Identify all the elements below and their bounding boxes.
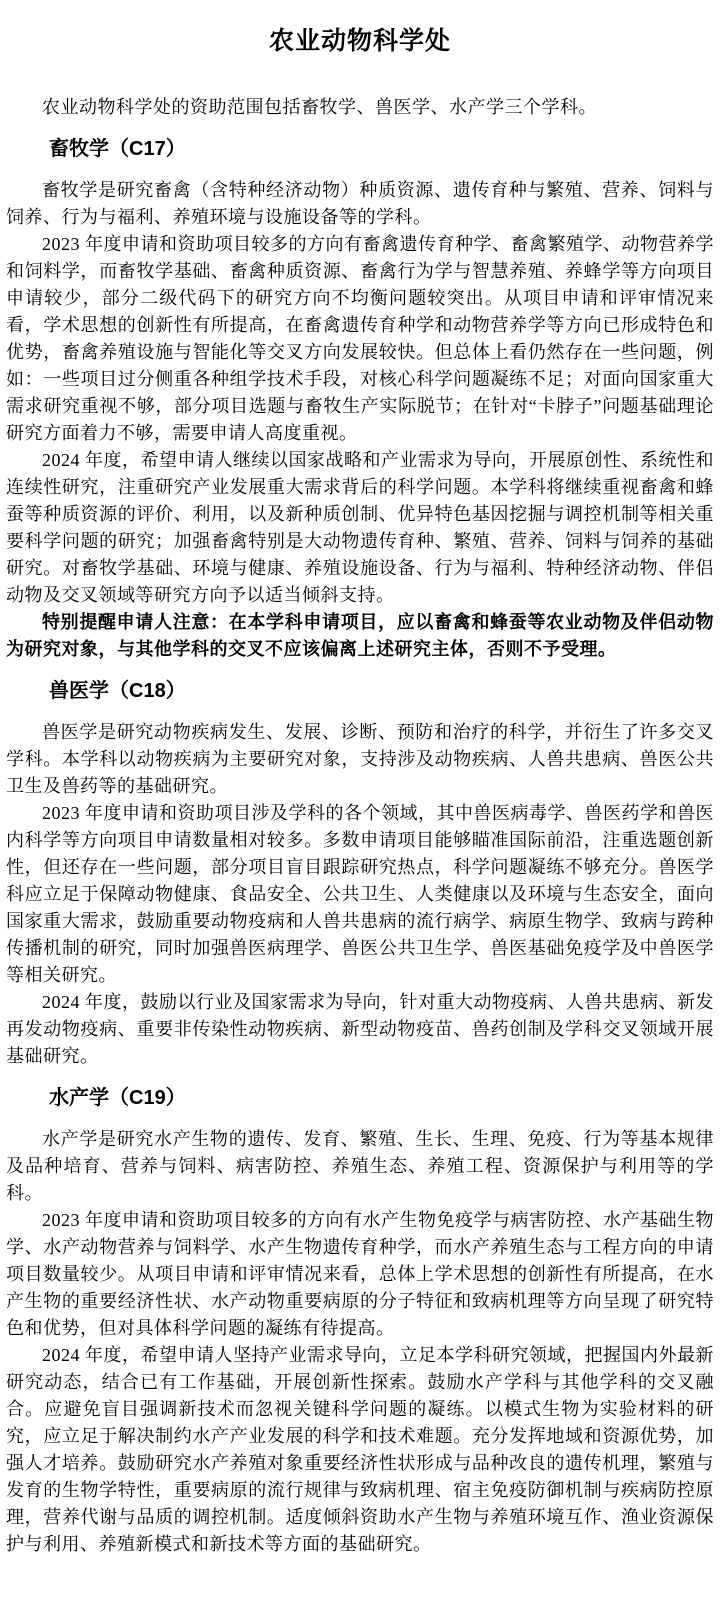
paragraph-c19-2024-guidance: 2024 年度，希望申请人坚持产业需求导向，立足本学科研究领域，把握国内外最新研… bbox=[6, 1342, 714, 1558]
section-animal-husbandry-c17: 畜牧学（C17） 畜牧学是研究畜禽（含特种经济动物）种质资源、遗传育种与繁殖、营… bbox=[6, 135, 714, 663]
paragraph-c19-2023-review: 2023 年度申请和资助项目较多的方向有水产生物免疫学与病害防控、水产基础生物学… bbox=[6, 1207, 714, 1342]
document-page: 农业动物科学处 农业动物科学处的资助范围包括畜牧学、兽医学、水产学三个学科。 畜… bbox=[0, 0, 720, 1558]
paragraph-c17-special-note: 特别提醒申请人注意：在本学科申请项目，应以畜禽和蜂蚕等农业动物及伴侣动物为研究对… bbox=[6, 609, 714, 663]
paragraph-c18-overview: 兽医学是研究动物疾病发生、发展、诊断、预防和治疗的科学，并衍生了许多交叉学科。本… bbox=[6, 719, 714, 800]
section-fisheries-science-c19: 水产学（C19） 水产学是研究水产生物的遗传、发育、繁殖、生长、生理、免疫、行为… bbox=[6, 1084, 714, 1558]
section-heading-c19: 水产学（C19） bbox=[6, 1084, 714, 1112]
section-heading-c18: 兽医学（C18） bbox=[6, 677, 714, 705]
paragraph-c17-2024-guidance: 2024 年度，希望申请人继续以国家战略和产业需求为导向，开展原创性、系统性和连… bbox=[6, 447, 714, 609]
paragraph-c19-overview: 水产学是研究水产生物的遗传、发育、繁殖、生长、生理、免疫、行为等基本规律及品种培… bbox=[6, 1126, 714, 1207]
paragraph-c18-2023-review: 2023 年度申请和资助项目涉及学科的各个领域，其中兽医病毒学、兽医药学和兽医内… bbox=[6, 800, 714, 989]
page-title: 农业动物科学处 bbox=[6, 24, 714, 58]
paragraph-c17-2023-review: 2023 年度申请和资助项目较多的方向有畜禽遗传育种学、畜禽繁殖学、动物营养学和… bbox=[6, 231, 714, 447]
intro-paragraph: 农业动物科学处的资助范围包括畜牧学、兽医学、水产学三个学科。 bbox=[6, 94, 714, 121]
section-heading-c17: 畜牧学（C17） bbox=[6, 135, 714, 163]
paragraph-c18-2024-guidance: 2024 年度，鼓励以行业及国家需求为导向，针对重大动物疫病、人兽共患病、新发再… bbox=[6, 989, 714, 1070]
section-veterinary-medicine-c18: 兽医学（C18） 兽医学是研究动物疾病发生、发展、诊断、预防和治疗的科学，并衍生… bbox=[6, 677, 714, 1070]
paragraph-c17-overview: 畜牧学是研究畜禽（含特种经济动物）种质资源、遗传育种与繁殖、营养、饲料与饲养、行… bbox=[6, 177, 714, 231]
